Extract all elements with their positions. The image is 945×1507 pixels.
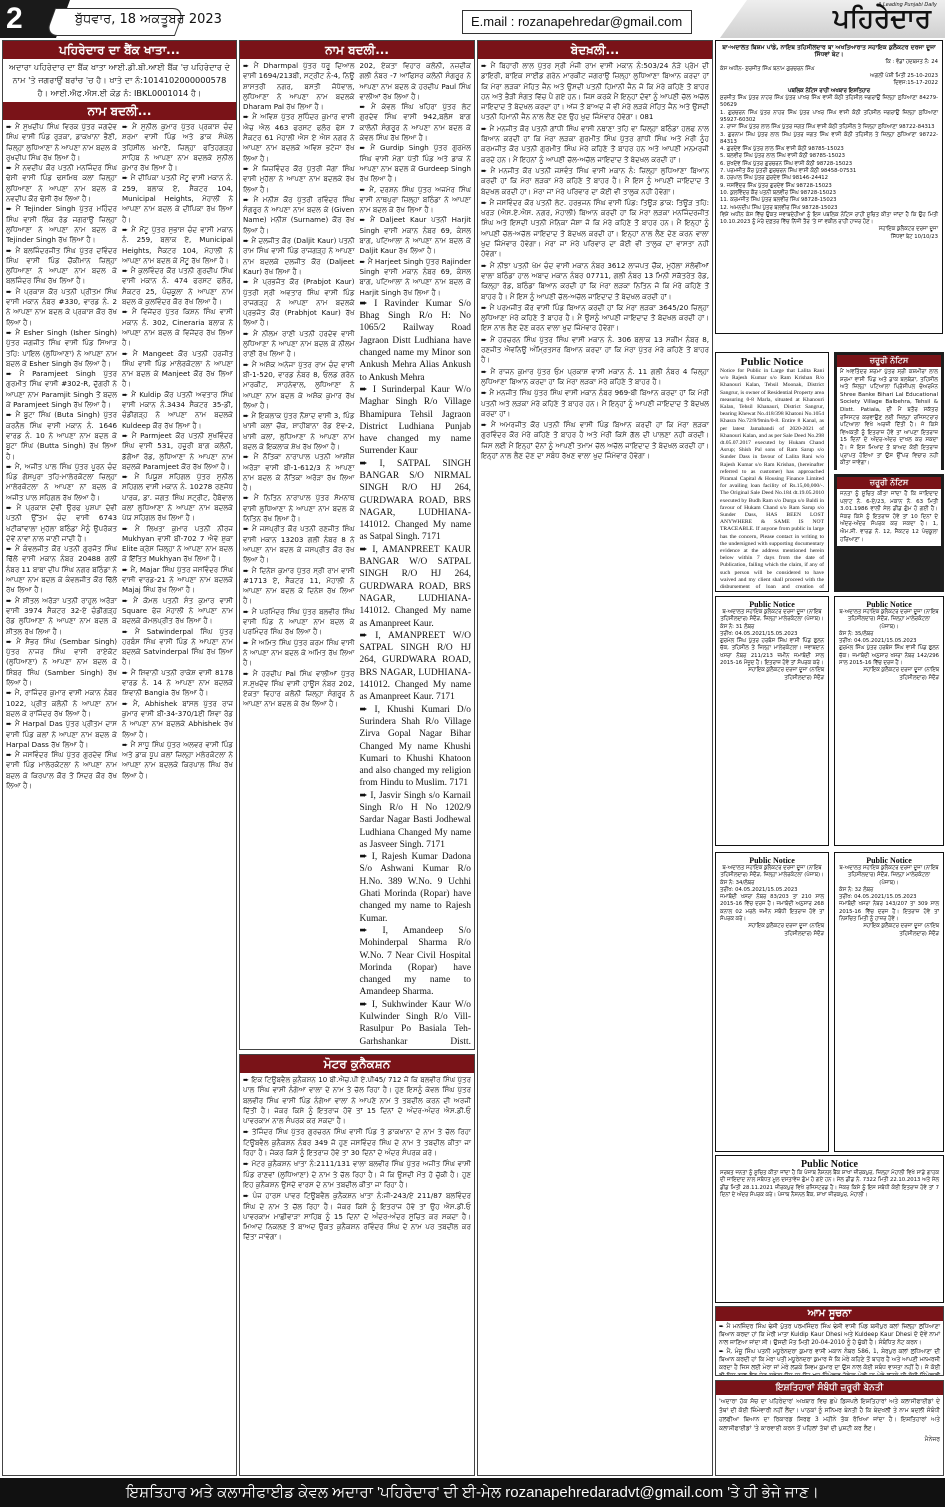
list-item: ➨ ਮੈਂ ਇਕਲਾਕ ਪੁੱਤਰ ਨੌਸ਼ਾਦ ਵਾਸੀ 3, ਪਿੰਡ ਖਾ… [243, 411, 355, 452]
list-item: ➨ ਮੈਂ ਨੀਝਾ ਪਤਨੀ ਖੇਮ ਚੰਦ ਵਾਸੀ ਮਕਾਨ ਨੰਬਰ 3… [481, 261, 709, 302]
respondent: 1. ਗੁਰਚਰਨ ਸਿੰਘ ਪੁੱਤਰ ਨਾਹਰ ਸਿੰਘ ਪੁੱਤਰ ਪਾਖ… [720, 110, 938, 125]
disinherit-list: ➨ ਮੈਂ ਬਿਹਾਰੀ ਲਾਲ ਪੁੱਤਰ ਸ੍ਰੀ ਮੰਜੀ ਰਾਮ ਵਾਸ… [478, 59, 712, 464]
list-item: ➨ ਮੈਂ ਜਸਵਿੰਦਰ ਸਿੰਘ ਪੁੱਤਰ ਗੁਰਦੇਵ ਸਿੰਘ ਵਾਸ… [6, 750, 117, 791]
motor-connection-section: ਮੋਟਰ ਕੁਨੈਕਸ਼ਨ ➨ ਇਕ ਟਿਊਬਵੈਲ ਕੁਨੈਕਸ਼ਨ 10 ਬ… [239, 1054, 475, 1476]
list-item: ➨ ਮੈਂ ਕੰਵਲਜੀਤ ਕੌਰ ਪਤਨੀ ਗੁਰਜੋਤ ਸਿੰਘ ਢਿੱਲੋ… [6, 544, 117, 595]
list-item: ➨ ਮੈਂ ਹਰਚਰਨ ਸਿੰਘ ਪੁੱਤਰ ਸਿੰਘ ਵਾਸੀ ਮਕਾਨ ਨੰ… [481, 335, 709, 366]
list-item-en: ➨ I Ravinder Kumar S/o Bhag Singh R/o H:… [360, 298, 472, 384]
court-public-notice: Public Notice ਬ-ਅਦਾਲਤ ਸਹਾਇਕ ਕੁਲੈਕਟਰ ਦਰਜਾ… [715, 852, 829, 1152]
masthead: 2 ਬੁੱਧਵਾਰ, 18 ਅਕਤੂਬਰ 2023 E.mail : rozan… [0, 0, 945, 38]
respondent: 2. ਰਾਜਾ ਸਿੰਘ ਪੁੱਤਰ ਲਾਲ ਸਿੰਘ ਪੁੱਤਰ ਜਗਤ ਸਿ… [720, 124, 938, 131]
motor-list: ➨ ਇਕ ਟਿਊਬਵੈਲ ਕੁਨੈਕਸ਼ਨ 10 ਬੀ.ਐਚ.ਪੀ ਏ.ਪੀ45… [240, 1073, 474, 1246]
column-1: ਪਹਿਰੇਦਾਰ ਦਾ ਬੈਂਕ ਖਾਤਾ... ਅਦਾਰਾ ਪਹਿਰੇਦਾਰ … [2, 40, 237, 1476]
public-notice-title: Public Notice [720, 356, 824, 368]
list-item: ➨ ਮੈਂ ਨੌਤਿਕਾ ਨਾਰਾਪਾਲ ਪਤਨੀ ਆਸ਼ੀਸ਼ ਅਰੋੜਾ ਵ… [243, 452, 355, 493]
list-item: ➨ ਮੈਂ ਜਸਪ੍ਰੀਤ ਕੌਰ ਪਤਨੀ ਰਣਜੀਤ ਸਿੰਘ ਵਾਸੀ ਮ… [243, 524, 355, 565]
case-number: ਕੇਸ ਨੰ: 31 ਲੰਬਰ [720, 624, 824, 631]
issue-date: ਬੁੱਧਵਾਰ, 18 ਅਕਤੂਬਰ 2023 [75, 12, 222, 27]
court-name: ਬ-ਅਦਾਲਤ ਸਹਾਇਕ ਕੁਲੈਕਟਰ ਦਰਜਾ ਦੂਜਾ (ਨਾਇਬ ਤਹ… [839, 609, 939, 631]
name-change-heading: ਨਾਮ ਬਦਲੀ... [3, 102, 236, 120]
list-item: ➨ ਮੈਂ Tejinder Singh ਪੁੱਤਰ ਮਹਿੰਦਰ ਸਿੰਘ ਵ… [6, 204, 117, 245]
list-item: ➨ ਮੈਂ ਨਵਦੀਪ ਕੌਰ ਪਤਨੀ ਮਨਜਿੰਦਰ ਸਿੰਘ ਢੇਸੀ ਵ… [6, 163, 117, 204]
ad-request-section: ਇਸ਼ਤਿਹਾਰਾਂ ਸੰਬੰਧੀ ਜ਼ਰੂਰੀ ਬੇਨਤੀ 'ਅਦਾਰਾ ਹੱ… [715, 1380, 944, 1476]
list-item-en: ➨ I, SATPAL SINGH BANGAR S/O NIRMAL SING… [360, 458, 472, 544]
list-item: ➨ ਮੈਂ ਪ੍ਰਭਜੋਤ ਕੌਰ (Prabjot Kaur) ਪੁੱਤਰੀ … [243, 277, 355, 328]
list-item: ➨ ਮੈਂ ਅਵਿਸ਼ ਪੁੱਤਰ ਸੁਧਿੰਦਰ ਕੁਮਾਰ ਵਾਸੀ ਐਚ … [243, 112, 355, 163]
list-item-en: ➨ I, Khushi Kumari D/o Surindera Shah R/… [360, 704, 472, 790]
respondent: 8. ਹਰਪਾਲ ਸਿੰਘ ਪੁੱਤਰ ਗੁਰਦੇਵ ਸਿੰਘ 98146-24… [720, 175, 938, 182]
list-item: ➨ ਮੈਂ, Majar ਸਿੰਘ ਪੁੱਤਰ ਜਸਵਿੰਦਰ ਸਿੰਘ ਵਾਸ… [122, 565, 233, 596]
list-item: ➨ ਮੈਂ ਪਰਮਿੰਦਰ ਸਿੰਘ ਪੁੱਤਰ ਬਲਵੀਰ ਸਿੰਘ ਵਾਸੀ… [243, 607, 355, 638]
list-item: ➨ ਮੈਂ Dharmpal ਪੁੱਤਰ ਧਰੂ ਦਿਆਲ ਵਾਸੀ 1694/… [243, 61, 355, 112]
court-name: ਬ-ਅਦਾਲਤ ਸਹਾਇਕ ਕੁਲੈਕਟਰ ਦਰਜਾ ਦੂਜਾ (ਨਾਇਬ ਤਹ… [720, 865, 824, 880]
list-item: ➨ ਮੈਂ Daljeet Kaur ਪਤਨੀ Harjit Singh ਵਾਸ… [360, 215, 472, 256]
name-change-heading-2: ਨਾਮ ਬਦਲੀ... [240, 41, 474, 59]
general-info-heading: ਆਮ ਸੂਚਨਾ [716, 1307, 943, 1321]
list-item: ➨ ਮੈਂ ਸਾਧੂ ਸਿੰਘ ਪੁੱਤਰ ਅਲਵਰ ਵਾਸੀ ਪਿੰਡ ਅਤੇ… [122, 740, 233, 781]
general-info-list: ➨ ਮੈਂ ਮਨਜਿੰਦਰ ਸਿੰਘ ਢੇਸੀ ਪੁੱਤਰ ਪਰਮਜਿੰਦਰ ਸ… [716, 1321, 943, 1376]
list-item-en: ➨ I, AMANPREET KAUR BANGAR W/O SATPAL SI… [360, 544, 472, 630]
respondent: 12. ਅਮਨਦੀਪ ਸਿੰਘ ਪੁੱਤਰ ਬਲਵੀਰ ਸਿੰਘ 98728-1… [720, 205, 938, 212]
public-notice-wide: Public Notice ਸਰਬਤ ਜਨਤਾ ਨੂੰ ਸੂਚਿਤ ਕੀਤਾ ਜ… [715, 1155, 944, 1303]
notice-body: ਜਮਾਬੰਦੀ ਖਸਰਾ ਨੰਬਰ 143/207 ਤਾ 309 ਸਾਲ 201… [839, 901, 939, 923]
list-item: ➨ ਮੈਂ ਮਨੀਸ਼ ਕੌਰ ਪੁੱਤਰੀ ਰਵਿੰਦਰ ਸਿੰਘ ਸੰਗਰੂ… [243, 195, 355, 236]
list-item: ➨ ਮੈਂ ਸੈਂਭਰ ਸਿੰਘ (Sembar Singh) ਪੁੱਤਰ ਨਾ… [6, 637, 117, 688]
list-item: ➨ ਮੈਂ ਪ੍ਰਕਾਸ਼ ਦੇਵੀ ਉਰਫ ਪੁਸ਼ਪਾ ਦੇਵੀ ਪਤਨੀ … [6, 503, 117, 544]
case-number: ਕੇਸ ਨੰ: 34/ਲੰਬਰ [720, 880, 824, 887]
public-notice-body: Notice for Public in Large that Lalita R… [720, 368, 824, 592]
notice-body: ਜਮਾਬੰਦੀ ਖਸਰਾ ਨੰਬਰ 83/203 ਤਾ 210 ਸਾਲ 2015… [720, 894, 824, 923]
list-item: ➨ ਮੈਂ Parmjeet ਕੌਰ ਪਤਨੀ ਸੁਖਵਿੰਦਰ ਸਿੰਘ ਵਾ… [122, 431, 233, 472]
list-item: ➨ ਮੈਂ ਸੁਨੀਲ ਕੁਮਾਰ ਪੁੱਤਰ ਪ੍ਰਕਾਸ਼ ਚੰਦ ਸ਼ਰਮ… [122, 122, 233, 173]
signoff: ਸਹਾਇਕ ਕੁਲੈਕਟਰ ਦਰਜਾ ਦੂਜਾ [720, 226, 938, 233]
ad-request-heading: ਇਸ਼ਤਿਹਾਰਾਂ ਸੰਬੰਧੀ ਜ਼ਰੂਰੀ ਬੇਨਤੀ [716, 1381, 943, 1395]
list-item-en: ➨ I, AMANPREET W/O SATPAL SINGH R/O HJ 2… [360, 630, 472, 704]
list-item-en: ➨ I Surinderpal Kaur W/o Maghar Singh R/… [360, 384, 472, 458]
list-item: ➨ ਮੈਂ, ਮੰਜੂ ਸਿੰਘ ਪਤਨੀ ਮਧੂਰੇਨਦਰਾ ਕੁਮਾਰ ਵਾ… [719, 1348, 940, 1376]
name-change-list-2: ➨ ਮੈਂ Dharmpal ਪੁੱਤਰ ਧਰੂ ਦਿਆਲ ਵਾਸੀ 1694/… [240, 59, 474, 1050]
list-item: ➨ ਮੈਂ ਪ੍ਰਕਾਸ਼ ਕੌਰ ਪਤਨੀ ਪ੍ਰੀਤਮ ਸਿੰਘ ਵਾਸੀ … [6, 287, 117, 328]
list-item-en: ➨ I, Rajesh Kumar Dadona S/o Ashwani Kum… [360, 851, 472, 925]
court-public-notice: Public Notice ਬ-ਅਦਾਲਤ ਸਹਾਇਕ ਕੁਲੈਕਟਰ ਦਰਜਾ… [715, 596, 829, 846]
list-item: ➨ ਮੈਂ ਜਿਜ਼ਵਿੰਦਰ ਕੌਰ ਪੁੱਤਰੀ ਜੋਗਾ ਸਿੰਘ ਵਾਸ… [243, 164, 355, 195]
signoff: ਸਹਾਇਕ ਕੁਲੈਕਟਰ ਦਰਜਾ ਦੂਜਾ (ਨਾਇਬ ਤਹਿਸੀਲਦਾਰ)… [839, 667, 939, 682]
list-item: ➨ ਮੈਂ Satwinderpal ਸਿੰਘ ਪੁੱਤਰ ਹਰਬੰਸ ਸਿੰਘ… [122, 627, 233, 668]
list-item: ➨ ਮੈਂ ਦੀਪਿਕਾ ਪਤਨੀ ਮੌਂਟੂ ਵਾਸੀ ਮਕਾਨ ਨੰ. 25… [122, 173, 233, 224]
notice-body: ਸਰਬਤ ਜਨਤਾ ਨੂੰ ਸੂਚਿਤ ਕੀਤਾ ਜਾਂਦਾ ਹੈ ਕਿ ਪੰਜ… [720, 1170, 939, 1199]
general-info-section: ਆਮ ਸੂਚਨਾ ➨ ਮੈਂ ਮਨਜਿੰਦਰ ਸਿੰਘ ਢੇਸੀ ਪੁੱਤਰ ਪ… [715, 1306, 944, 1376]
name-change-right-2: 202, ਏਕਤਾ ਵਿਹਾਰ ਕਲੋਨੀ, ਨਜ਼ਦੀਕ ਗਲੀ ਨੰਬਰ -… [360, 61, 472, 1050]
list-item: ➨ ਮੈਂ ਲਿਖਤਾ ਕੁਮਾਰ ਪਤਨੀ ਨੀਰਜ Mukhyan ਵਾਸੀ… [122, 524, 233, 565]
respondent: 11. ਕਰਮਜੀਤ ਸਿੰਘ ਪੁੱਤਰ ਬਲਵੀਰ ਸਿੰਘ 98728-1… [720, 197, 938, 204]
respondent: 6. ਸੁਖਦੇਵ ਸਿੰਘ ਪੁੱਤਰ ਗੁਰਚਰਨ ਸਿੰਘ ਵਾਸੀ ਕੋ… [720, 161, 938, 168]
court-notice: ਬਾ-ਅਦਾਲਤ ਬਿਸ਼ਮ ਪਾਂਡੇ, ਨਾਇਬ ਤਹਿਸੀਲਦਾਰ ਬਾ … [715, 40, 943, 334]
list-item: ➨ ਮੈਂ ਮਨਜੀਤ ਕੌਰ ਪਤਨੀ ਜਸਵੰਤ ਸਿੰਘ ਵਾਸੀ ਮਕਾ… [481, 166, 709, 197]
important-notice-heading: ਜ਼ਰੂਰੀ ਨੋਟਿਸ [837, 477, 941, 489]
list-item: ➨ ਮੈਂ ਮਨਜਿੰਦਰ ਸਿੰਘ ਢੇਸੀ ਪੁੱਤਰ ਪਰਮਜਿੰਦਰ ਸ… [719, 1323, 940, 1347]
motor-heading: ਮੋਟਰ ਕੁਨੈਕਸ਼ਨ [240, 1055, 474, 1073]
list-item: ➨ ਤੇਜਿੰਦਰ ਸਿੰਘ ਪੁੱਤਰ ਗੁਰਚਰਨ ਸਿੰਘ ਵਾਸੀ ਪਿ… [243, 1127, 471, 1158]
court-name: ਬ-ਅਦਾਲਤ ਸਹਾਇਕ ਕੁਲੈਕਟਰ ਦਰਜਾ ਦੂਜਾ (ਨਾਇਬ ਤਹ… [720, 609, 824, 624]
list-item: ➨ ਮੈਂ ਪਰਮਜੀਤ ਕੌਰ ਵਾਸੀ ਪਿੰਡ ਬਿਆਨ ਕਰਦੀ ਹਾਂ… [481, 303, 709, 334]
list-item: ➨ ਮੈਂ ਸ਼ੀਤਲ ਅਰੋੜਾ ਪਤਨੀ ਰਾਹੁਲ ਅਰੋੜਾ ਵਾਸੀ … [6, 596, 117, 637]
respondent: 5. ਬਲਵੀਰ ਸਿੰਘ ਪੁੱਤਰ ਲਾਲ ਸਿੰਘ ਵਾਸੀ ਕੋਠੀ 9… [720, 153, 938, 160]
public-notice-en: Public Notice Notice for Public in Large… [715, 352, 829, 592]
list-item: 202, ਏਕਤਾ ਵਿਹਾਰ ਕਲੋਨੀ, ਨਜ਼ਦੀਕ ਗਲੀ ਨੰਬਰ -… [360, 61, 472, 102]
list-item: ➨ ਮੈਂ ਬਲਜਿੰਦਰਜੀਤ ਸਿੰਘ ਪੁੱਤਰ ਦਵਿੰਦਰ ਸਿੰਘ … [6, 246, 117, 287]
newspaper-logo: ਪਹਿਰੇਦਾਰ [833, 4, 931, 35]
list-item: ➨ ਮੈਂ ਸੁਖਦੀਪ ਸਿੰਘ ਵਿਰਕ ਪੁੱਤਰ ਜਗਦੇਵ ਸਿੰਘ … [6, 122, 117, 163]
list-item: ➨ ਮੈਂ, ਅਜੀਤ ਪਾਲ ਸਿੰਘ ਪੁੱਤਰ ਪੂਰਨ ਚੰਦ ਪਿੰਡ… [6, 462, 117, 503]
notice-title: Public Notice [839, 600, 939, 609]
column-2: ਨਾਮ ਬਦਲੀ... ➨ ਮੈਂ Dharmpal ਪੁੱਤਰ ਧਰੂ ਦਿਆ… [239, 40, 475, 1050]
list-item: ➨ ਮੈਂ ਅਮਰਜੀਤ ਕੌਰ ਪਤਨੀ ਸਿੰਘ ਵਾਸੀ ਪਿੰਡ ਬਿਆ… [481, 420, 709, 461]
important-notice-heading: ਜ਼ਰੂਰੀ ਨੋਟਿਸ [837, 355, 941, 367]
list-item: ➨ ਮੈਂ, ਰਾਜਿੰਦਰ ਕੁਮਾਰ ਵਾਸੀ ਮਕਾਨ ਨੰਬਰ 1022… [6, 688, 117, 719]
list-item: ➨ ਪੰਜ ਹਾਰਸ ਪਾਵਰ ਟਿਊਬਵੈਲ ਕੁਨੈਕਸ਼ਨ ਖਾਤਾ ਨੰ… [243, 1191, 471, 1242]
ad-request-body: 'ਅਦਾਰਾ ਹੱਕ ਸੱਚ ਦਾ ਪਹਿਰੇਦਾਰ' ਅਖ਼ਬਾਰ ਵਿਚ ਛ… [716, 1395, 943, 1435]
important-notice-body: ਜਨਤਾ ਨੂੰ ਸੂਚਿਤ ਕੀਤਾ ਜਾਂਦਾ ਹੈ ਕਿ ਜਾਇਦਾਦ ਪ… [837, 489, 941, 546]
name-change-right: ➨ ਮੈਂ ਸੁਨੀਲ ਕੁਮਾਰ ਪੁੱਤਰ ਪ੍ਰਕਾਸ਼ ਚੰਦ ਸ਼ਰਮ… [122, 122, 233, 791]
list-item: ➨ ਮੈਂ Harjeet Singh ਪੁੱਤਰ Rajinder Singh… [360, 257, 472, 298]
important-notice-2: ਜ਼ਰੂਰੀ ਨੋਟਿਸ ਜਨਤਾ ਨੂੰ ਸੂਚਿਤ ਕੀਤਾ ਜਾਂਦਾ ਹ… [834, 474, 944, 592]
list-item: ➨ ਮੈਂ ਜਸਵਿੰਦਰ ਕੌਰ ਪਤਨੀ ਲੇਟ. ਹਰਭਜਨ ਸਿੰਘ ਵ… [481, 198, 709, 260]
list-item: ➨ ਮੈਂ, ਦਰਸ਼ਨ ਸਿੰਘ ਪੁੱਤਰ ਅਜਮੇਰ ਸਿੰਘ ਵਾਸੀ … [360, 185, 472, 216]
notice-subtitle: ਪਬਲਿਕ ਨੋਟਿਸ ਰਾਹੀਂ ਅਖਬਾਰ ਇਸ਼ਤਿਹਾਰ [720, 88, 938, 95]
list-item: ➨ ਮੈਂ ਪਿਯੂਸ਼ ਸਹਿਗਲ ਪੁੱਤਰ ਸੁਨੀਲ ਸਹਿਗਲ ਵਾਸ… [122, 472, 233, 523]
court-name: ਬ-ਅਦਾਲਤ ਸਹਾਇਕ ਕੁਲੈਕਟਰ ਦਰਜਾ ਦੂਜਾ (ਨਾਇਬ ਤਹ… [839, 865, 939, 887]
bank-heading: ਪਹਿਰੇਦਾਰ ਦਾ ਬੈਂਕ ਖਾਤਾ... [3, 41, 236, 59]
ad-request-signature: ਮੈਨੇਜਰ [716, 1435, 943, 1447]
case-number: ਕਿ : ਵੰਡਾਂ ਹਦਬਸਤ ਨੰ: 24 [720, 59, 938, 66]
notice-body: ਗੁਰਮੇਲ ਸਿੰਘ ਪੁੱਤਰ ਹਰਬੰਸ ਸਿੰਘ ਵਾਸੀ ਪਿੰਡ ਫ… [839, 645, 939, 667]
signoff: ਸਹਾਇਕ ਕੁਲੈਕਟਰ ਦਰਜਾ ਦੂਜਾ (ਨਾਇਬ ਤਹਿਸੀਲਦਾਰ)… [720, 923, 824, 938]
list-item: ➨ ਮੈਂ Paramjeet Singh ਪੁੱਤਰ ਗੁਰਮੀਤ ਸਿੰਘ … [6, 369, 117, 410]
signoff-place-date: ਸਿੱਧਵਾਂ ਬੇਟ 10/10/23 [720, 234, 938, 241]
filed-date: ਦਿਵਸ:15-17-2022 [720, 80, 938, 87]
list-item-en: ➨ I, Sukhwinder Kaur W/o Kulwinder Singh… [360, 999, 472, 1050]
list-item-en: ➨ I, Amandeep S/o Mohinderpal Sharma R/o… [360, 925, 472, 999]
list-item: ➨ ਮੈਂ ਦਿਨੇਸ਼ ਕੁਮਾਰ ਪੁੱਤਰ ਸ੍ਰੀ ਰਾਮ ਵਾਸੀ #… [243, 566, 355, 607]
notice-title: Public Notice [720, 1159, 939, 1170]
court-notice-body: ਵਿਸ਼ੇ ਅਧੀਨ ਕੇਸ ਵਿੱਚ ਉਕਤ ਜਵਾਬਦੇਹੀਆਂ ਨੂੰ ਇ… [720, 212, 938, 227]
list-item: ➨ ਮੈਂ ਹਰਦੀਪ Pal ਸਿੰਘ ਵਾਲੀਆਂ ਪੁੱਤਰ ਸ.ਸੁਖਦ… [243, 669, 355, 710]
disinherit-heading: ਬੇਦਖ਼ਲੀ... [478, 41, 712, 59]
court-header: ਬਾ-ਅਦਾਲਤ ਬਿਸ਼ਮ ਪਾਂਡੇ, ਨਾਇਬ ਤਹਿਸੀਲਦਾਰ ਬਾ … [720, 44, 938, 59]
list-item-en: ➨ I, Jasvir Singh s/o Karnail Singh R/o … [360, 790, 472, 851]
court-public-notice: Public Notice ਬ-ਅਦਾਲਤ ਸਹਾਇਕ ਕੁਲੈਕਟਰ ਦਰਜਾ… [834, 596, 944, 846]
list-item: ➨ ਮੈਂ ਬਿਹਾਰੀ ਲਾਲ ਪੁੱਤਰ ਸ੍ਰੀ ਮੰਜੀ ਰਾਮ ਵਾਸ… [481, 61, 709, 123]
name-change-left-2: ➨ ਮੈਂ Dharmpal ਪੁੱਤਰ ਧਰੂ ਦਿਆਲ ਵਾਸੀ 1694/… [243, 61, 355, 1050]
signoff: ਸਹਾਇਕ ਕੁਲੈਕਟਰ ਦਰਜਾ ਦੂਜਾ (ਨਾਇਬ ਤਹਿਸੀਲਦਾਰ)… [720, 667, 824, 682]
list-item: ➨ ਮੈਂ ਕੋਮਲ ਪਤਨੀ ਸੰਤ ਕੁਮਾਰ ਵਾਸੀ Square ਫੇ… [122, 596, 233, 627]
list-item: ➨ ਮੈਂ Mangeet ਕੌਰ ਪਤਨੀ ਹਰਜੀਤ ਸਿੰਘ ਵਾਸੀ ਪ… [122, 349, 233, 390]
list-item: ➨ ਮੈਂ ਕੇਵਲ ਸਿੰਘ ਖਹਿਰਾ ਪੁੱਤਰ ਲੇਟ ਗੁਰਦੇਵ ਸ… [360, 102, 472, 143]
list-item: ➨ ਮੈਂ ਕੁਲਵਿੰਦਰ ਕੌਰ ਪਤਨੀ ਗੁਰਦੀਪ ਸਿੰਘ ਵਾਸੀ… [122, 266, 233, 307]
notice-title: Public Notice [839, 856, 939, 865]
list-item: ➨ ਮੈਂ ਮਨਜੀਤ ਸਿੰਘ ਪੁੱਤਰ ਸਿੰਘ ਵਾਸੀ ਮਕਾਨ ਨੰ… [481, 388, 709, 419]
important-notice-body: ਮੈਂ ਅਵਤਿੰਦਰ ਸ਼ਰਮਾ ਪੁੱਤਰ ਸ੍ਰੀ ਕਸ਼ਮੀਰਾ ਲਾਲ… [837, 367, 941, 470]
bank-account-text: ਅਦਾਰਾ ਪਹਿਰੇਦਾਰ ਦਾ ਬੈਂਕ ਖਾਤਾ ਆਈ.ਡੀ.ਬੀ.ਆਈ … [3, 59, 236, 102]
list-item: ➨ ਮੈਂ Gurdip Singh ਪੁੱਤਰ ਗੁਰਮੇਲ ਸਿੰਘ ਵਾਸ… [360, 143, 472, 184]
list-item: ➨ ਮੈਂ ਰਾਜਨ ਕੁਮਾਰ ਪੁੱਤਰ ਓਮ ਪ੍ਰਕਾਸ਼ ਵਾਸੀ ਮ… [481, 367, 709, 388]
list-item: ➨ ਮੈਂ ਨਿਤਿਨ ਨਾਰਾਪਾਲ ਪੁੱਤਰ ਸੋਮਨਾਥ ਵਾਸੀ ਲੁ… [243, 493, 355, 524]
footer-banner: ਇਸ਼ਤਿਹਾਰ ਅਤੇ ਕਲਾਸੀਫਾਈਡ ਕੇਵਲ ਅਦਾਰਾ 'ਪਹਿਰੇ… [0, 1478, 945, 1507]
list-item: ➨ ਮੈਂ ਮਨਜੀਤ ਕੌਰ ਪਤਨੀ ਗਾਂਧੀ ਸਿੰਘ ਵਾਸੀ ਨਥਾ… [481, 124, 709, 165]
list-item: ➨ ਮੈਂ, Abhishek ਬਾਂਸਲ ਪੁੱਤਰ ਰਾਜ ਕੁਮਾਰ ਵਾ… [122, 699, 233, 740]
list-item: ➨ ਮੈਂ ਸ਼ਿਵਾਨੀ ਪਤਨੀ ਰਾਕੇਸ਼ ਵਾਸੀ 8178 ਵਾਰਡ… [122, 668, 233, 699]
logo-block: A Leading Punjabi Daily ਪਹਿਰੇਦਾਰ [720, 0, 945, 38]
notice-title: Public Notice [720, 600, 824, 609]
list-item: ➨ ਮੋਟਰ ਕੁਨੈਕਸ਼ਨ ਖਾਤਾ ਨੰ:2111/131 ਵਾਲਾ ਬਲ… [243, 1159, 471, 1190]
list-item: ➨ ਮੈਂ Harpal Das ਪੁੱਤਰ ਪ੍ਰੀਤਮ ਦਾਸ ਵਾਸੀ ਪ… [6, 719, 117, 750]
list-item: ➨ ਇਕ ਟਿਊਬਵੈਲ ਕੁਨੈਕਸ਼ਨ 10 ਬੀ.ਐਚ.ਪੀ ਏ.ਪੀ45… [243, 1075, 471, 1126]
list-item: ➨ ਮੈਂ ਬੂਟਾ ਸਿੰਘ (Buta Singh) ਪੁੱਤਰ ਕਰਨੈਲ… [6, 410, 117, 461]
name-change-list: ➨ ਮੈਂ ਸੁਖਦੀਪ ਸਿੰਘ ਵਿਰਕ ਪੁੱਤਰ ਜਗਦੇਵ ਸਿੰਘ … [3, 120, 236, 793]
respondent: 3. ਗੁਰਨਾਮ ਸਿੰਘ ਪੁੱਤਰ ਲਾਲ ਸਿੰਘ ਪੁੱਤਰ ਜਗਤ … [720, 132, 938, 147]
list-item: ➨ ਮੈਂ ਦਲਜੀਤ ਕੌਰ (Daljit Kaur) ਪਤਨੀ ਰਾਮ ਸ… [243, 236, 355, 277]
name-change-left: ➨ ਮੈਂ ਸੁਖਦੀਪ ਸਿੰਘ ਵਿਰਕ ਪੁੱਤਰ ਜਗਦੇਵ ਸਿੰਘ … [6, 122, 117, 791]
column-3: ਬੇਦਖ਼ਲੀ... ➨ ਮੈਂ ਬਿਹਾਰੀ ਲਾਲ ਪੁੱਤਰ ਸ੍ਰੀ ਮ… [477, 40, 713, 1476]
contact-email[interactable]: E.mail : rozanapehredar@gmail.com [462, 10, 692, 34]
list-item: ➨ ਮੈਂ ਅਮਿਤ ਸਿੰਘ ਪੁੱਤਰ ਕਰਮ ਸਿੰਘ ਵਾਸੀ ਨੇ ਆ… [243, 638, 355, 669]
respondent: 9. ਜਸਵਿੰਦਰ ਸਿੰਘ ਪੁੱਤਰ ਗੁਰਦੇਵ ਸਿੰਘ 98728-… [720, 183, 938, 190]
signoff: ਸਹਾਇਕ ਕੁਲੈਕਟਰ ਦਰਜਾ ਦੂਜਾ (ਨਾਇਬ ਤਹਿਸੀਲਦਾਰ)… [839, 923, 939, 938]
important-notice-1: ਜ਼ਰੂਰੀ ਨੋਟਿਸ ਮੈਂ ਅਵਤਿੰਦਰ ਸ਼ਰਮਾ ਪੁੱਤਰ ਸ੍ਰ… [834, 352, 944, 470]
list-item: ➨ ਮੈਂ ਮੌਂਟੂ ਪੁੱਤਰ ਸੁਭਾਸ਼ ਚੰਦ ਵਾਸੀ ਮਕਾਨ ਨ… [122, 225, 233, 266]
list-item: ➨ ਮੈਂ ਅਸ਼ੋਕ ਅਨੇਜਾ ਪੁੱਤਰ ਰਾਮ ਚੰਦ ਵਾਸੀ ਬੀ-… [243, 360, 355, 411]
court-public-notice: Public Notice ਬ-ਅਦਾਲਤ ਸਹਾਇਕ ਕੁਲੈਕਟਰ ਦਰਜਾ… [834, 852, 944, 1152]
notice-body: ਗੁਰਮੇਲ ਸਿੰਘ ਪੁੱਤਰ ਹਰਬੰਸ ਸਿੰਘ ਵਾਸੀ ਪਿੰਡ ਫ… [720, 638, 824, 667]
list-item: ➨ ਮੈਂ ਵਿਜੇਂਦਰ ਪੁੱਤਰ ਕਿਸ਼ਨ ਸਿੰਘ ਵਾਸੀ ਮਕਾਨ… [122, 307, 233, 348]
applicant: ਸੁਰਜੀਤ ਸਿੰਘ ਪੁੱਤਰ ਨਾਹਰ ਸਿੰਘ ਪੁੱਤਰ ਪਾਖਰ ਸ… [720, 95, 938, 110]
notice-title: Public Notice [720, 856, 824, 865]
list-item: ➨ ਮੈਂ Esher Singh (Isher Singh) ਪੁੱਤਰ ਜਗ… [6, 328, 117, 369]
list-item: ➨ ਮੈਂ Kuldip ਕੌਰ ਪਤਨੀ ਅਵਤਾਰ ਸਿੰਘ ਵਾਸੀ ਮਕ… [122, 390, 233, 431]
list-item: ➨ ਮੈਂ ਨੀਲਮ ਰਾਣੀ ਪਤਨੀ ਹਰਦੇਵ ਵਾਸੀ ਲੁਧਿਆਣਾ … [243, 329, 355, 360]
